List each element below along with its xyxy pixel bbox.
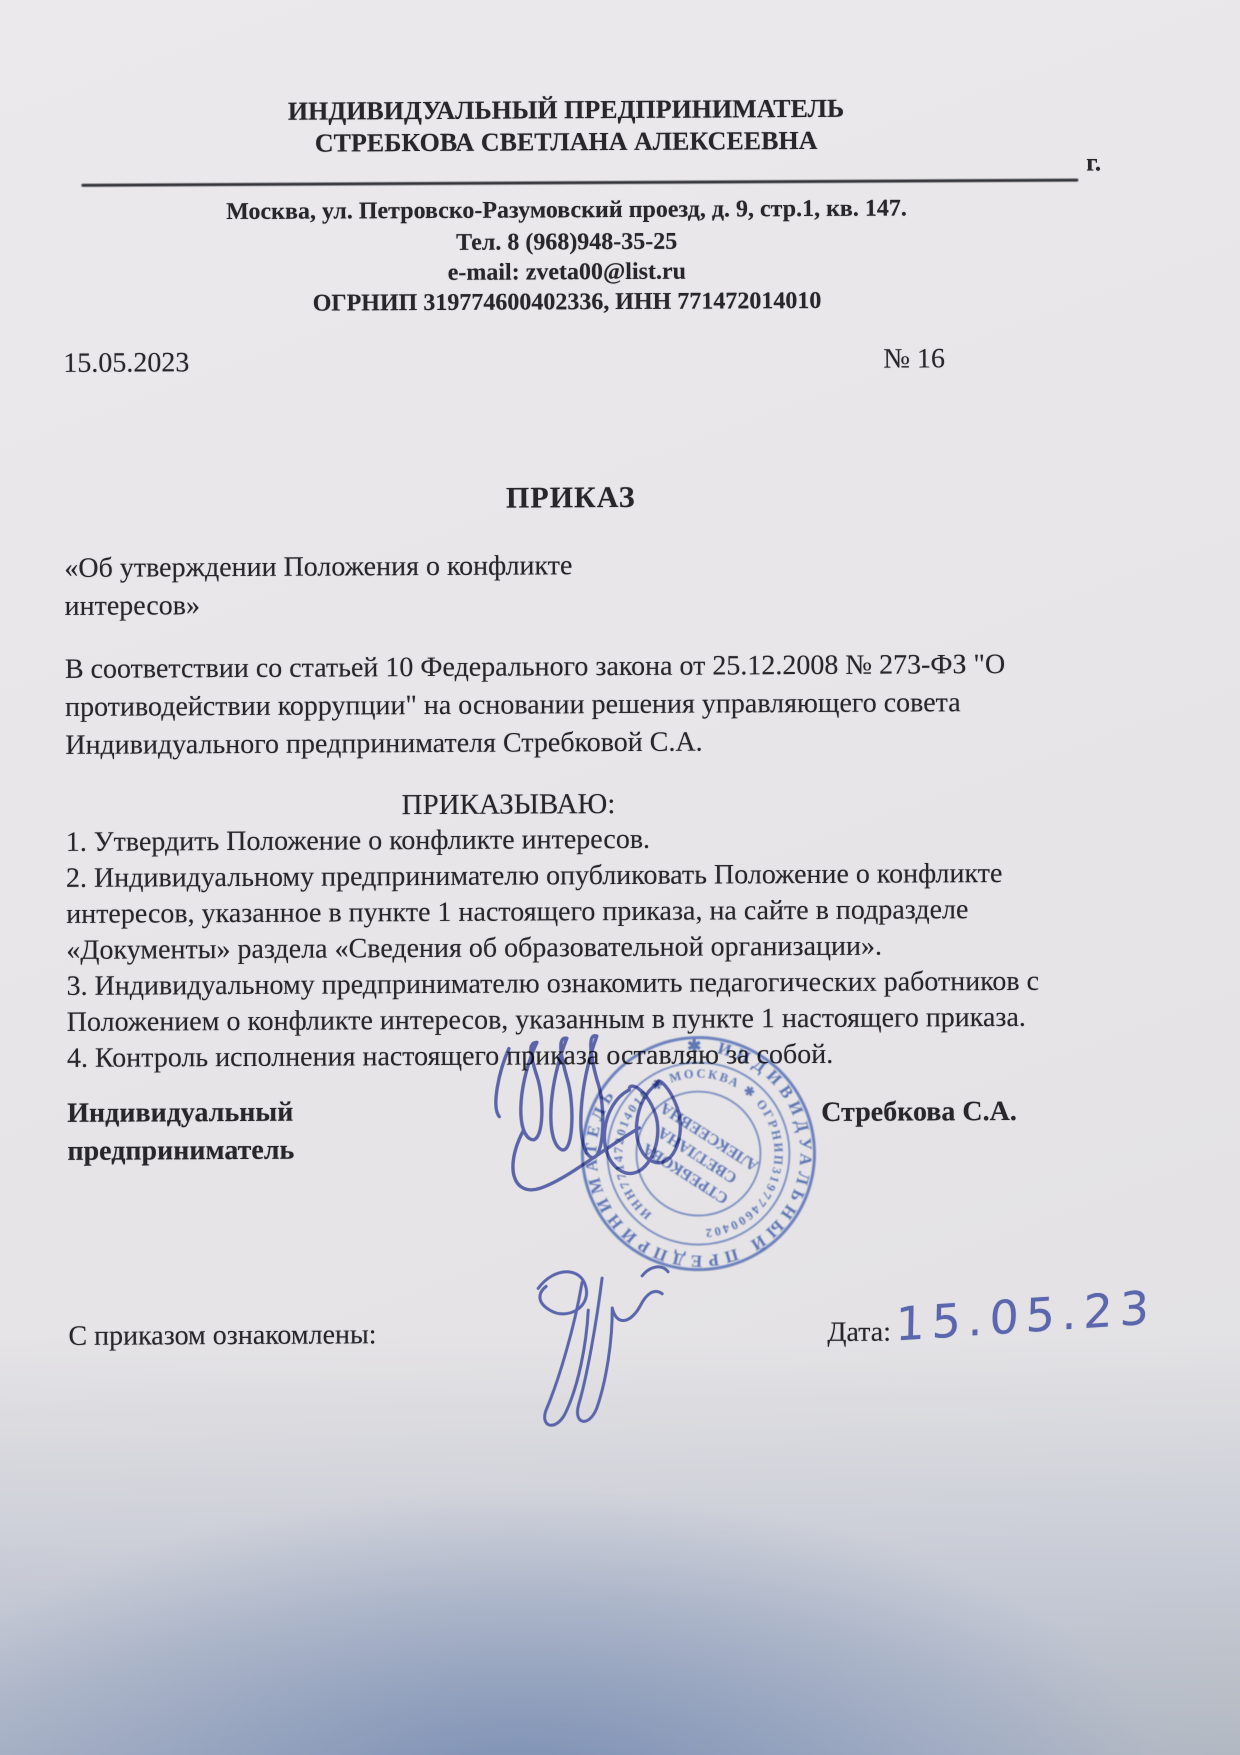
order-subject-line1: «Об утверждении Положения о конфликте [64, 548, 572, 587]
order-number: № 16 [883, 341, 945, 377]
order-item-2: 2. Индивидуальному предпринимателю опубл… [66, 856, 1077, 969]
scanned-order-document: ИНДИВИДУАЛЬНЫЙ ПРЕДПРИНИМАТЕЛЬ СТРЕБКОВА… [0, 0, 1240, 1755]
order-subject-line2: интересов» [64, 588, 200, 625]
signature-acknowledgement [494, 1246, 685, 1442]
resolution-heading: ПРИКАЗЫВАЮ: [402, 786, 616, 823]
signer-role-line2: предприниматель [67, 1133, 294, 1170]
order-item-1: 1. Утвердить Положение о конфликте интер… [66, 820, 1076, 861]
date-label: Дата: [827, 1315, 891, 1351]
letterhead-rule [81, 179, 1078, 188]
year-suffix-label: г. [1086, 145, 1101, 181]
letterhead-title-line2: СТРЕБКОВА СВЕТЛАНА АЛЕКСЕЕВНА [62, 122, 1070, 163]
letterhead-registration: ОГРНИП 319774600402336, ИНН 771472014010 [63, 282, 1071, 323]
signer-role-line1: Индивидуальный [67, 1095, 293, 1132]
order-preamble: В соответствии со статьей 10 Федеральног… [65, 646, 1076, 765]
document-content: ИНДИВИДУАЛЬНЫЙ ПРЕДПРИНИМАТЕЛЬ СТРЕБКОВА… [0, 0, 1240, 1755]
signer-name: Стребкова С.А. [821, 1094, 1017, 1131]
acknowledgement-label: С приказом ознакомлены: [68, 1317, 376, 1355]
order-title: ПРИКАЗ [506, 480, 636, 517]
handwritten-date: 15.05.23 [895, 1280, 1156, 1351]
order-date: 15.05.2023 [63, 345, 189, 382]
